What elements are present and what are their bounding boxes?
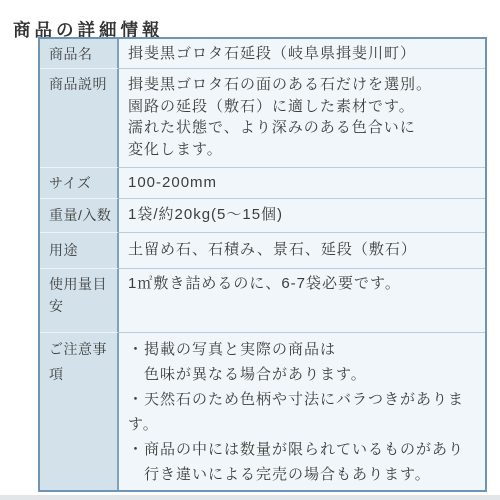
row-label: ご注意事項 bbox=[40, 332, 119, 490]
table-row-product-description: 商品説明 揖斐黒ゴロタ石の面のある石だけを選別。 園路の延段（敷石）に適した素材… bbox=[40, 68, 485, 167]
table-row-size: サイズ 100-200mm bbox=[40, 167, 485, 198]
row-label: 用途 bbox=[40, 232, 119, 268]
table-row-cautions: ご注意事項 ・掲載の写真と実際の商品は 色味が異なる場合があります。 ・天然石の… bbox=[40, 332, 485, 490]
row-label: 商品名 bbox=[40, 39, 119, 68]
product-detail-table: 商品名 揖斐黒ゴロタ石延段（岐阜県揖斐川町） 商品説明 揖斐黒ゴロタ石の面のある… bbox=[38, 37, 487, 492]
row-value: 1㎡敷き詰めるのに、6-7袋必要です。 bbox=[119, 268, 485, 332]
table-row-usage-amount-guide: 使用量目安 1㎡敷き詰めるのに、6-7袋必要です。 bbox=[40, 268, 485, 332]
table-row-usage: 用途 土留め石、石積み、景石、延段（敷石） bbox=[40, 232, 485, 268]
product-detail-section: 商品の詳細情報 商品名 揖斐黒ゴロタ石延段（岐阜県揖斐川町） 商品説明 揖斐黒ゴ… bbox=[0, 0, 500, 500]
row-value: 揖斐黒ゴロタ石の面のある石だけを選別。 園路の延段（敷石）に適した素材です。 濡… bbox=[119, 68, 485, 167]
row-label: 商品説明 bbox=[40, 68, 119, 167]
row-value: 揖斐黒ゴロタ石延段（岐阜県揖斐川町） bbox=[119, 39, 485, 68]
row-label: サイズ bbox=[40, 167, 119, 198]
page-bottom-edge bbox=[0, 495, 500, 500]
table-row-product-name: 商品名 揖斐黒ゴロタ石延段（岐阜県揖斐川町） bbox=[40, 39, 485, 68]
row-value: 1袋/約20kg(5〜15個) bbox=[119, 198, 485, 232]
table-row-weight-quantity: 重量/入数 1袋/約20kg(5〜15個) bbox=[40, 198, 485, 232]
row-value: 100-200mm bbox=[119, 167, 485, 198]
row-value: ・掲載の写真と実際の商品は 色味が異なる場合があります。 ・天然石のため色柄や寸… bbox=[119, 332, 485, 490]
row-label: 使用量目安 bbox=[40, 268, 119, 332]
row-value: 土留め石、石積み、景石、延段（敷石） bbox=[119, 232, 485, 268]
row-label: 重量/入数 bbox=[40, 198, 119, 232]
